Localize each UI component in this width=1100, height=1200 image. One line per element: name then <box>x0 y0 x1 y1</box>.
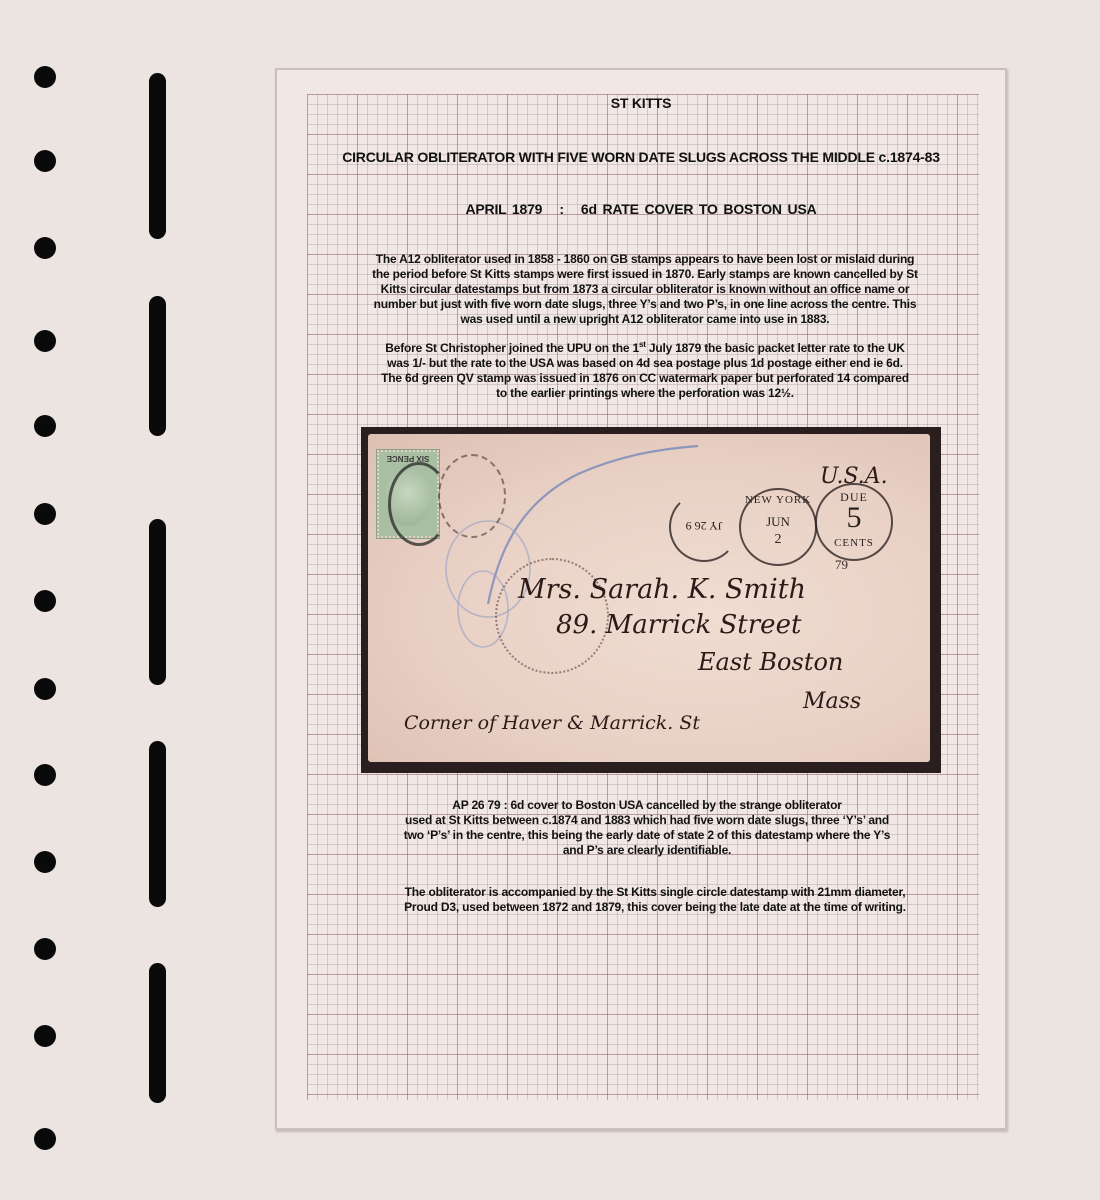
ordinal-suffix: st <box>639 340 646 349</box>
address-state: Mass <box>803 689 861 714</box>
new-york-postmark-day: 2 <box>741 532 815 548</box>
due-postmark-unit: CENTS <box>817 537 891 549</box>
st-kitts-datestamp <box>438 454 506 538</box>
rate-text-part: Before St Christopher joined the UPU on … <box>385 341 639 355</box>
punch-hole <box>34 415 56 437</box>
address-street: 89. Marrick Street <box>556 610 801 640</box>
transit-postmark-text: JY 26 9 <box>671 518 737 533</box>
page-subtitle: CIRCULAR OBLITERATOR WITH FIVE WORN DATE… <box>277 149 1005 165</box>
punch-slot <box>149 963 166 1103</box>
punch-hole <box>34 150 56 172</box>
album-page: ST KITTS CIRCULAR OBLITERATOR WITH FIVE … <box>275 68 1007 1130</box>
punch-hole <box>34 330 56 352</box>
due-postmark: DUE 5 CENTS <box>815 483 893 561</box>
punch-hole <box>34 851 56 873</box>
cover-caption: AP 26 79 : 6d cover to Boston USA cancel… <box>347 798 947 858</box>
transit-postmark: JY 26 9 <box>669 492 739 562</box>
new-york-postmark-month: JUN <box>741 514 815 530</box>
punch-hole <box>34 66 56 88</box>
stamp-value-label: SIX PENCE <box>379 454 437 463</box>
addressee-name: Mrs. Sarah. K. Smith <box>518 574 806 605</box>
punch-hole <box>34 938 56 960</box>
address-note: Corner of Haver & Marrick. St <box>404 712 700 734</box>
punch-slot <box>149 519 166 685</box>
punch-hole <box>34 237 56 259</box>
punch-slot <box>149 741 166 907</box>
datestamp-note: The obliterator is accompanied by the St… <box>365 885 945 915</box>
usa-endorsement: U.S.A. <box>820 464 888 489</box>
postmark-year: 79 <box>835 557 848 573</box>
rate-paragraph: Before St Christopher joined the UPU on … <box>335 341 955 401</box>
envelope: SIX PENCE JY 26 9 NEW YORK JUN 2 DUE 5 C… <box>368 434 930 762</box>
intro-paragraph: The A12 obliterator used in 1858 - 1860 … <box>335 252 955 327</box>
punch-hole <box>34 1025 56 1047</box>
punch-hole <box>34 590 56 612</box>
new-york-postmark: NEW YORK JUN 2 <box>739 488 817 566</box>
punch-slot <box>149 73 166 239</box>
punch-hole <box>34 1128 56 1150</box>
address-city: East Boston <box>698 648 843 676</box>
page-title: ST KITTS <box>277 95 1005 111</box>
cover-heading: APRIL 1879 : 6d RATE COVER TO BOSTON USA <box>277 201 1005 217</box>
punch-hole <box>34 678 56 700</box>
punch-slot <box>149 296 166 436</box>
cover-mount: SIX PENCE JY 26 9 NEW YORK JUN 2 DUE 5 C… <box>361 427 941 773</box>
new-york-postmark-city: NEW YORK <box>741 494 815 506</box>
punch-hole <box>34 503 56 525</box>
due-postmark-amount: 5 <box>817 501 891 535</box>
punch-hole <box>34 764 56 786</box>
